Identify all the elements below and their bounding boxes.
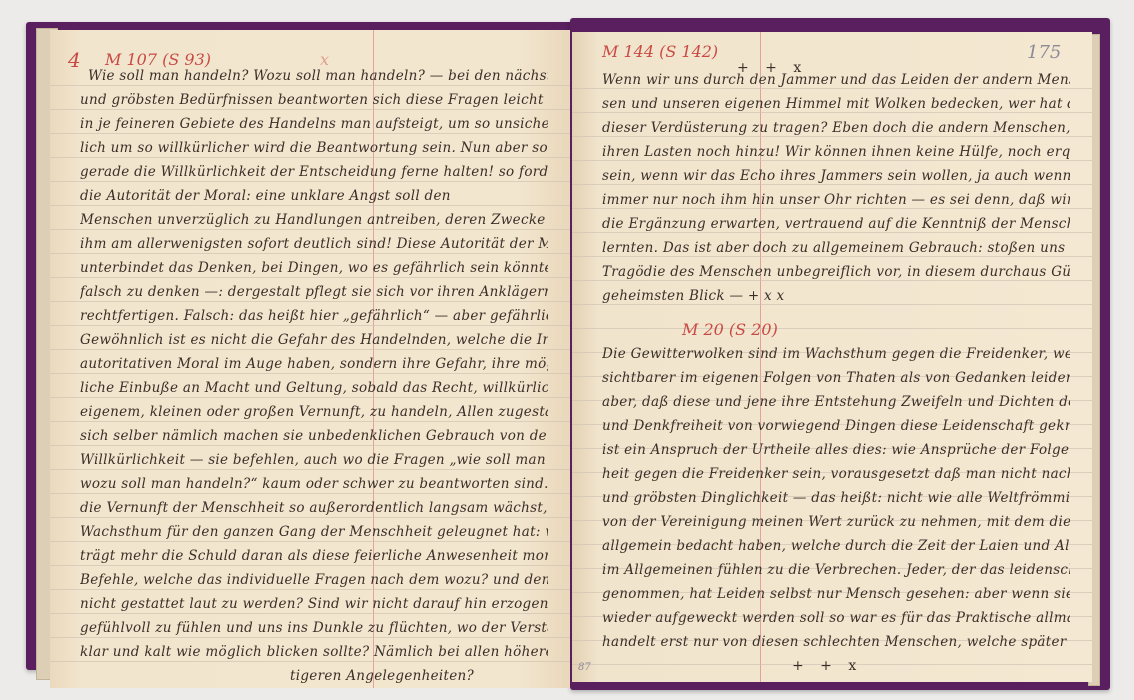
text-line: handelt erst nur von diesen schlechten M…: [602, 634, 1070, 656]
text-line: lich um so willkürlicher wird die Beantw…: [80, 140, 548, 162]
text-line: heit gegen die Freidenker sein, vorausge…: [602, 466, 1070, 488]
text-line: immer nur noch ihm hin unser Ohr richten…: [602, 192, 1070, 214]
pencil-mark: x: [320, 50, 329, 69]
text-line: klar und kalt wie möglich blicken sollte…: [80, 644, 548, 666]
right-page: M 144 (S 142) 175 + + x Wenn wir uns dur…: [572, 32, 1092, 682]
archive-mark-top: M 144 (S 142): [602, 42, 718, 61]
text-line: und gröbsten Dinglichkeit — das heißt: n…: [602, 490, 1070, 512]
text-line: liche Einbuße an Macht und Geltung, soba…: [80, 380, 548, 402]
text-line: sein, wenn wir das Echo ihres Jammers se…: [602, 168, 1070, 190]
text-line: und Denkfreiheit von vorwiegend Dingen d…: [602, 418, 1070, 440]
text-line: Menschen unverzüglich zu Handlungen antr…: [80, 212, 548, 234]
text-line: eigenem, kleinen oder großen Vernunft, z…: [80, 404, 548, 426]
left-page: 4 M 107 (S 93) x Wie soll man handeln? W…: [50, 30, 570, 688]
text-line: nicht gestattet laut zu werden? Sind wir…: [80, 596, 548, 618]
text-line: Wie soll man handeln? Wozu soll man hand…: [88, 68, 548, 90]
text-line: die Autorität der Moral: eine unklare An…: [80, 188, 548, 210]
text-line: allgemein bedacht haben, welche durch di…: [602, 538, 1070, 560]
text-line: und gröbsten Bedürfnissen beantworten si…: [80, 92, 548, 114]
text-line: Tragödie des Menschen unbegreiflich vor,…: [602, 264, 1070, 286]
text-line: Wenn wir uns durch den Jammer und das Le…: [602, 72, 1070, 94]
bottom-page-number: 87: [578, 662, 591, 673]
text-line: tigeren Angelegenheiten?: [290, 668, 548, 688]
text-line: die Vernunft der Menschheit so außerorde…: [80, 500, 548, 522]
text-line: Gewöhnlich ist es nicht die Gefahr des H…: [80, 332, 548, 354]
text-line: ihren Lasten noch hinzu! Wir können ihne…: [602, 144, 1070, 166]
text-line: im Allgemeinen fühlen zu die Verbrechen.…: [602, 562, 1070, 584]
text-line: sen und unseren eigenen Himmel mit Wolke…: [602, 96, 1070, 118]
text-line: lernten. Das ist aber doch zu allgemeine…: [602, 240, 1070, 262]
text-line: Willkürlichkeit — sie befehlen, auch wo …: [80, 452, 548, 474]
text-line: sichtbarer im eigenen Folgen von Thaten …: [602, 370, 1070, 392]
text-line: trägt mehr die Schuld daran als diese fe…: [80, 548, 548, 570]
text-line: genommen, hat Leiden selbst nur Mensch g…: [602, 586, 1070, 608]
end-divider: + + x: [792, 658, 862, 674]
text-line: rechtfertigen. Falsch: das heißt hier „g…: [80, 308, 548, 330]
text-line: gefühlvoll zu fühlen und uns ins Dunkle …: [80, 620, 548, 642]
text-line: autoritativen Moral im Auge haben, sonde…: [80, 356, 548, 378]
folio-number: 4: [68, 48, 81, 72]
text-line: Wachsthum für den ganzen Gang der Mensch…: [80, 524, 548, 546]
text-line: Die Gewitterwolken sind im Wachsthum geg…: [602, 346, 1070, 368]
text-line: von der Vereinigung meinen Wert zurück z…: [602, 514, 1070, 536]
text-line: wozu soll man handeln?“ kaum oder schwer…: [80, 476, 548, 498]
text-line: wieder aufgeweckt werden soll so war es …: [602, 610, 1070, 632]
folio-number: 175: [1027, 42, 1061, 63]
text-line: ihm am allerwenigsten sofort deutlich si…: [80, 236, 548, 258]
text-line: dieser Verdüsterung zu tragen? Eben doch…: [602, 120, 1070, 142]
text-line: geheimsten Blick — + x x: [602, 288, 1070, 310]
text-line: ist ein Anspruch der Urtheile alles dies…: [602, 442, 1070, 464]
text-line: die Ergänzung erwarten, vertrauend auf d…: [602, 216, 1070, 238]
text-line: in je feineren Gebiete des Handelns man …: [80, 116, 548, 138]
archive-mark: M 107 (S 93): [105, 50, 211, 69]
archive-mark-middle: M 20 (S 20): [682, 320, 778, 339]
text-line: unterbindet das Denken, bei Dingen, wo e…: [80, 260, 548, 282]
text-line: aber, daß diese und jene ihre Entstehung…: [602, 394, 1070, 416]
text-line: sich selber nämlich machen sie unbedenkl…: [80, 428, 548, 450]
text-line: Befehle, welche das individuelle Fragen …: [80, 572, 548, 594]
text-line: falsch zu denken —: dergestalt pflegt si…: [80, 284, 548, 306]
text-line: gerade die Willkürlichkeit der Entscheid…: [80, 164, 548, 186]
